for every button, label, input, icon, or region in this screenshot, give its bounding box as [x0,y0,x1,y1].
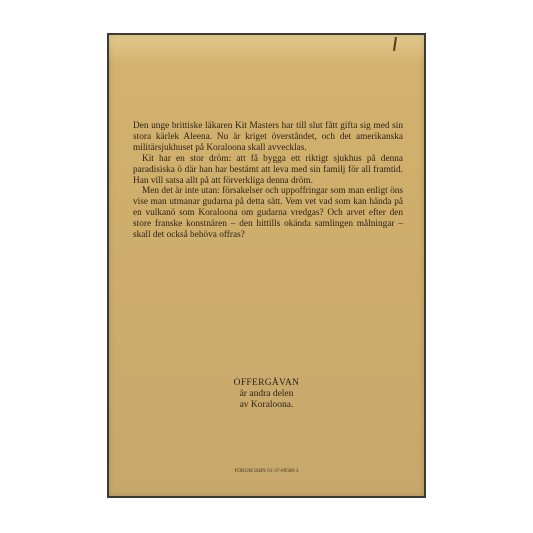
publisher-isbn: FORUM ISBN 91-37-09580-3 [109,469,424,474]
series-note: OFFERGÅVAN är andra delen av Koraloona. [109,378,424,410]
blurb-paragraph: Men det är inte utan: försakelser och up… [133,186,403,241]
book-back-cover: Den unge brittiske läkaren Kit Masters h… [107,33,426,498]
blurb-text: Den unge brittiske läkaren Kit Masters h… [133,121,403,241]
series-line: är andra delen [109,389,424,400]
cover-tear [393,37,397,51]
blurb-paragraph: Kit har en stor dröm: att få bygga ett r… [133,154,403,187]
series-line: av Koraloona. [109,400,424,411]
series-title: OFFERGÅVAN [109,378,424,389]
blurb-paragraph: Den unge brittiske läkaren Kit Masters h… [133,121,403,154]
